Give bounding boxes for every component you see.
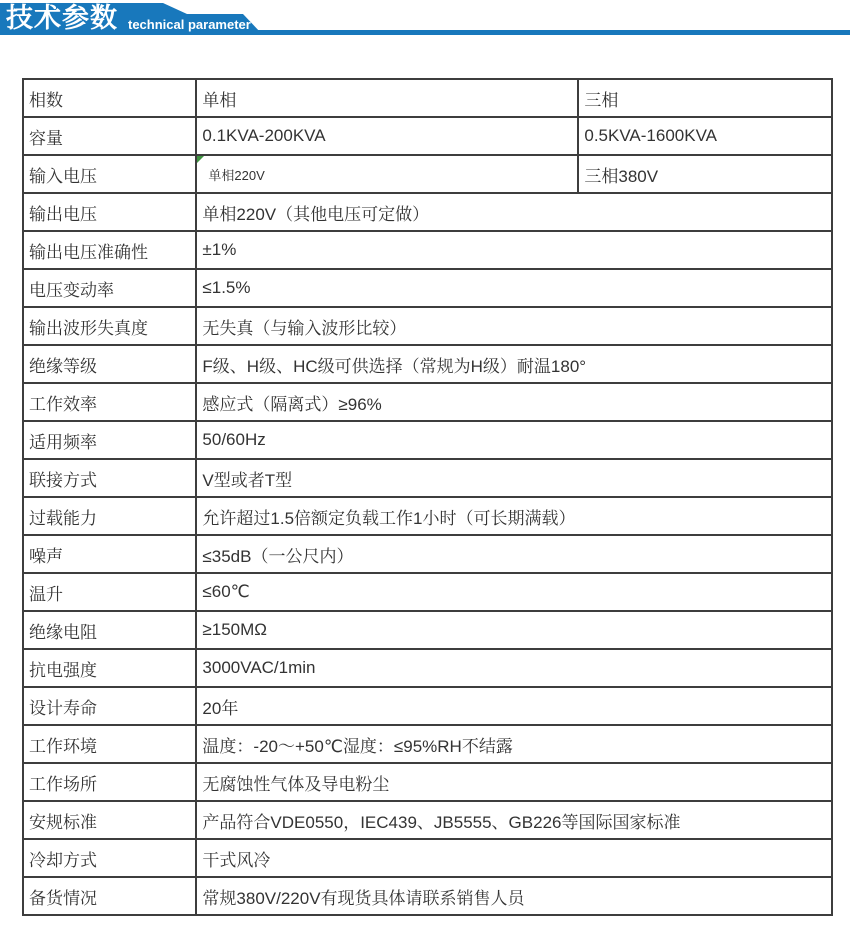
cell-comment-marker-icon xyxy=(197,156,204,163)
table-row: 设计寿命 20年 xyxy=(23,687,832,725)
param-label: 输出电压 xyxy=(23,193,196,231)
param-label: 冷却方式 xyxy=(23,839,196,877)
param-label: 温升 xyxy=(23,573,196,611)
param-value-three: 0.5KVA-1600KVA xyxy=(578,117,832,155)
table-row: 备货情况 常规380V/220V有现货具体请联系销售人员 xyxy=(23,877,832,915)
table-row: 工作场所 无腐蚀性气体及导电粉尘 xyxy=(23,763,832,801)
param-label: 输出电压准确性 xyxy=(23,231,196,269)
param-value-single: 0.1KVA-200KVA xyxy=(196,117,578,155)
table-row: 抗电强度 3000VAC/1min xyxy=(23,649,832,687)
param-value-text: 单相220V xyxy=(208,168,264,183)
param-label: 安规标准 xyxy=(23,801,196,839)
param-value: ≤1.5% xyxy=(196,269,832,307)
table-row: 工作效率 感应式（隔离式）≥96% xyxy=(23,383,832,421)
parameters-table: 相数 单相 三相 容量 0.1KVA-200KVA 0.5KVA-1600KVA… xyxy=(22,78,833,916)
table-row: 安规标准 产品符合VDE0550，IEC439、JB5555、GB226等国际国… xyxy=(23,801,832,839)
param-label: 容量 xyxy=(23,117,196,155)
param-value: 50/60Hz xyxy=(196,421,832,459)
table-row: 容量 0.1KVA-200KVA 0.5KVA-1600KVA xyxy=(23,117,832,155)
param-label: 相数 xyxy=(23,79,196,117)
param-value: V型或者T型 xyxy=(196,459,832,497)
param-value: 无失真（与输入波形比较） xyxy=(196,307,832,345)
param-value-single: 单相 xyxy=(196,79,578,117)
table-row: 冷却方式 干式风冷 xyxy=(23,839,832,877)
table-row: 适用频率 50/60Hz xyxy=(23,421,832,459)
param-label: 噪声 xyxy=(23,535,196,573)
param-label: 输出波形失真度 xyxy=(23,307,196,345)
param-label: 设计寿命 xyxy=(23,687,196,725)
param-value: 干式风冷 xyxy=(196,839,832,877)
param-value: 20年 xyxy=(196,687,832,725)
table-row: 电压变动率 ≤1.5% xyxy=(23,269,832,307)
param-label: 电压变动率 xyxy=(23,269,196,307)
table-row: 相数 单相 三相 xyxy=(23,79,832,117)
param-label: 绝缘电阻 xyxy=(23,611,196,649)
table-row: 工作环境 温度：-20～+50℃湿度：≤95%RH不结露 xyxy=(23,725,832,763)
param-label: 抗电强度 xyxy=(23,649,196,687)
param-value: 常规380V/220V有现货具体请联系销售人员 xyxy=(196,877,832,915)
param-label: 绝缘等级 xyxy=(23,345,196,383)
param-label: 工作环境 xyxy=(23,725,196,763)
param-label: 备货情况 xyxy=(23,877,196,915)
table-row: 过载能力 允许超过1.5倍额定负载工作1小时（可长期满载） xyxy=(23,497,832,535)
param-label: 适用频率 xyxy=(23,421,196,459)
param-value: F级、H级、HC级可供选择（常规为H级）耐温180° xyxy=(196,345,832,383)
param-label: 联接方式 xyxy=(23,459,196,497)
param-value: 单相220V（其他电压可定做） xyxy=(196,193,832,231)
param-value: ±1% xyxy=(196,231,832,269)
param-value: ≤35dB（一公尺内） xyxy=(196,535,832,573)
table-row: 噪声 ≤35dB（一公尺内） xyxy=(23,535,832,573)
section-title-en: technical parameter xyxy=(128,17,251,32)
param-value: 允许超过1.5倍额定负载工作1小时（可长期满载） xyxy=(196,497,832,535)
param-label: 输入电压 xyxy=(23,155,196,193)
param-value-single: 单相220V xyxy=(196,155,578,193)
table-row: 输出电压准确性 ±1% xyxy=(23,231,832,269)
table-row: 绝缘电阻 ≥150MΩ xyxy=(23,611,832,649)
param-value: 产品符合VDE0550，IEC439、JB5555、GB226等国际国家标准 xyxy=(196,801,832,839)
table-row: 绝缘等级 F级、H级、HC级可供选择（常规为H级）耐温180° xyxy=(23,345,832,383)
param-value: 无腐蚀性气体及导电粉尘 xyxy=(196,763,832,801)
param-label: 工作效率 xyxy=(23,383,196,421)
param-value: ≥150MΩ xyxy=(196,611,832,649)
param-value: ≤60℃ xyxy=(196,573,832,611)
section-header: 技术参数 technical parameter xyxy=(0,0,850,50)
section-title-cn: 技术参数 xyxy=(6,4,118,33)
param-value: 温度：-20～+50℃湿度：≤95%RH不结露 xyxy=(196,725,832,763)
param-value-three: 三相 xyxy=(578,79,832,117)
table-row: 输出波形失真度 无失真（与输入波形比较） xyxy=(23,307,832,345)
table-row: 温升 ≤60℃ xyxy=(23,573,832,611)
table-row: 输出电压 单相220V（其他电压可定做） xyxy=(23,193,832,231)
param-value: 3000VAC/1min xyxy=(196,649,832,687)
param-value: 感应式（隔离式）≥96% xyxy=(196,383,832,421)
param-label: 过载能力 xyxy=(23,497,196,535)
table-row: 联接方式 V型或者T型 xyxy=(23,459,832,497)
param-label: 工作场所 xyxy=(23,763,196,801)
param-value-three: 三相380V xyxy=(578,155,832,193)
table-row: 输入电压 单相220V 三相380V xyxy=(23,155,832,193)
